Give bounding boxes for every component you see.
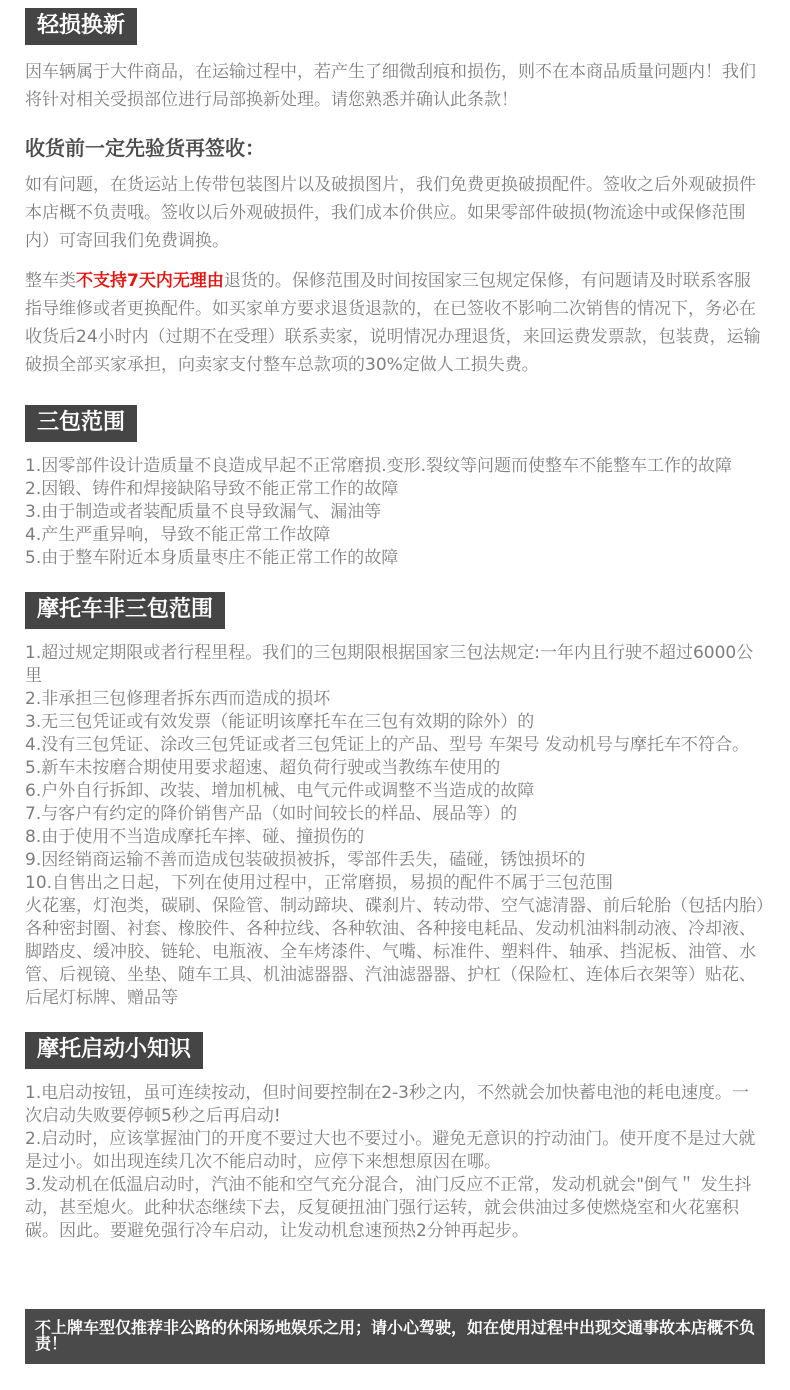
section-badge-damage-replacement: 轻损换新 (25, 8, 137, 45)
section-non-warranty: 摩托车非三包范围 1.超过规定期限或者行程里程。我们的三包期限根据国家三包法规定… (25, 592, 765, 1010)
warranty-scope-item: 4.产生严重异响，导致不能正常工作故障 (25, 524, 765, 547)
start-tip-item: 2.启动时，应该掌握油门的开度不要过大也不要过小。避免无意识的拧动油门。使开度不… (25, 1128, 765, 1174)
start-tip-item: 3.发动机在低温启动时，汽油不能和空气充分混合，油门反应不正常，发动机就会"倒气… (25, 1174, 765, 1243)
section-badge-start-tips: 摩托启动小知识 (25, 1032, 203, 1069)
non-warranty-item: 5.新车未按磨合期使用要求超速、超负荷行驶或当教练车使用的 (25, 757, 765, 780)
warranty-scope-item: 5.由于整车附近本身质量枣庄不能正常工作的故障 (25, 547, 765, 570)
non-warranty-item: 4.没有三包凭证、涂改三包凭证或者三包凭证上的产品、型号 车架号 发动机号与摩托… (25, 734, 765, 757)
section-badge-non-warranty: 摩托车非三包范围 (25, 592, 225, 629)
section-warranty-scope: 三包范围 1.因零部件设计造质量不良造成早起不正常磨损.变形.裂纹等问题而使整车… (25, 405, 765, 570)
section-damage-replacement: 轻损换新 因车辆属于大件商品，在运输过程中，若产生了细微刮痕和损伤，则不在本商品… (25, 8, 765, 379)
non-warranty-item: 10.自售出之日起，下列在使用过程中，正常磨损，易损的配件不属于三包范围 (25, 872, 765, 895)
non-warranty-item: 9.因经销商运输不善而造成包装破损被拆，零部件丢失，磕碰，锈蚀损坏的 (25, 849, 765, 872)
damage-replacement-intro: 因车辆属于大件商品，在运输过程中，若产生了细微刮痕和损伤，则不在本商品质量问题内… (25, 58, 765, 114)
non-warranty-item: 6.户外自行拆卸、改装、增加机械、电气元件或调整不当造成的故障 (25, 780, 765, 803)
non-warranty-item: 2.非承担三包修理者拆东西而造成的损坏 (25, 688, 765, 711)
inspect-before-sign-heading: 收货前一定先验货再签收： (25, 132, 765, 161)
wear-parts-paragraph: 火花塞，灯泡类，碳刷、保险管、制动蹄块、碟刹片、转动带、空气滤清器、前后轮胎（包… (25, 895, 765, 1010)
non-warranty-item: 7.与客户有约定的降价销售产品（如时间较长的样品、展品等）的 (25, 803, 765, 826)
no-7day-return-highlight: 不支持7天内无理由 (76, 271, 224, 291)
return-policy-paragraph: 整车类不支持7天内无理由退货的。保修范围及时间按国家三包规定保修，有问题请及时联… (25, 267, 765, 379)
offroad-disclaimer-bar: 不上牌车型仅推荐非公路的休闲场地娱乐之用；请小心驾驶，如在使用过程中出现交通事故… (25, 1309, 765, 1364)
start-tip-item: 1.电启动按钮，虽可连续按动，但时间要控制在2-3秒之内，不然就会加快蓄电池的耗… (25, 1082, 765, 1128)
section-badge-warranty-scope: 三包范围 (25, 405, 137, 442)
inspect-before-sign-paragraph: 如有问题，在货运站上传带包装图片以及破损图片，我们免费更换破损配件。签收之后外观… (25, 171, 765, 255)
non-warranty-item: 8.由于使用不当造成摩托车摔、碰、撞损伤的 (25, 826, 765, 849)
product-policy-page: 轻损换新 因车辆属于大件商品，在运输过程中，若产生了细微刮痕和损伤，则不在本商品… (0, 0, 790, 1289)
return-policy-prefix: 整车类 (25, 271, 76, 291)
warranty-scope-item: 2.因锻、铸件和焊接缺陷导致不能正常工作的故障 (25, 478, 765, 501)
warranty-scope-item: 3.由于制造或者装配质量不良导致漏气、漏油等 (25, 501, 765, 524)
non-warranty-item: 1.超过规定期限或者行程里程。我们的三包期限根据国家三包法规定:一年内且行驶不超… (25, 642, 765, 688)
section-start-tips: 摩托启动小知识 1.电启动按钮，虽可连续按动，但时间要控制在2-3秒之内，不然就… (25, 1032, 765, 1243)
non-warranty-item: 3.无三包凭证或有效发票（能证明该摩托车在三包有效期的除外）的 (25, 711, 765, 734)
warranty-scope-item: 1.因零部件设计造质量不良造成早起不正常磨损.变形.裂纹等问题而使整车不能整车工… (25, 455, 765, 478)
